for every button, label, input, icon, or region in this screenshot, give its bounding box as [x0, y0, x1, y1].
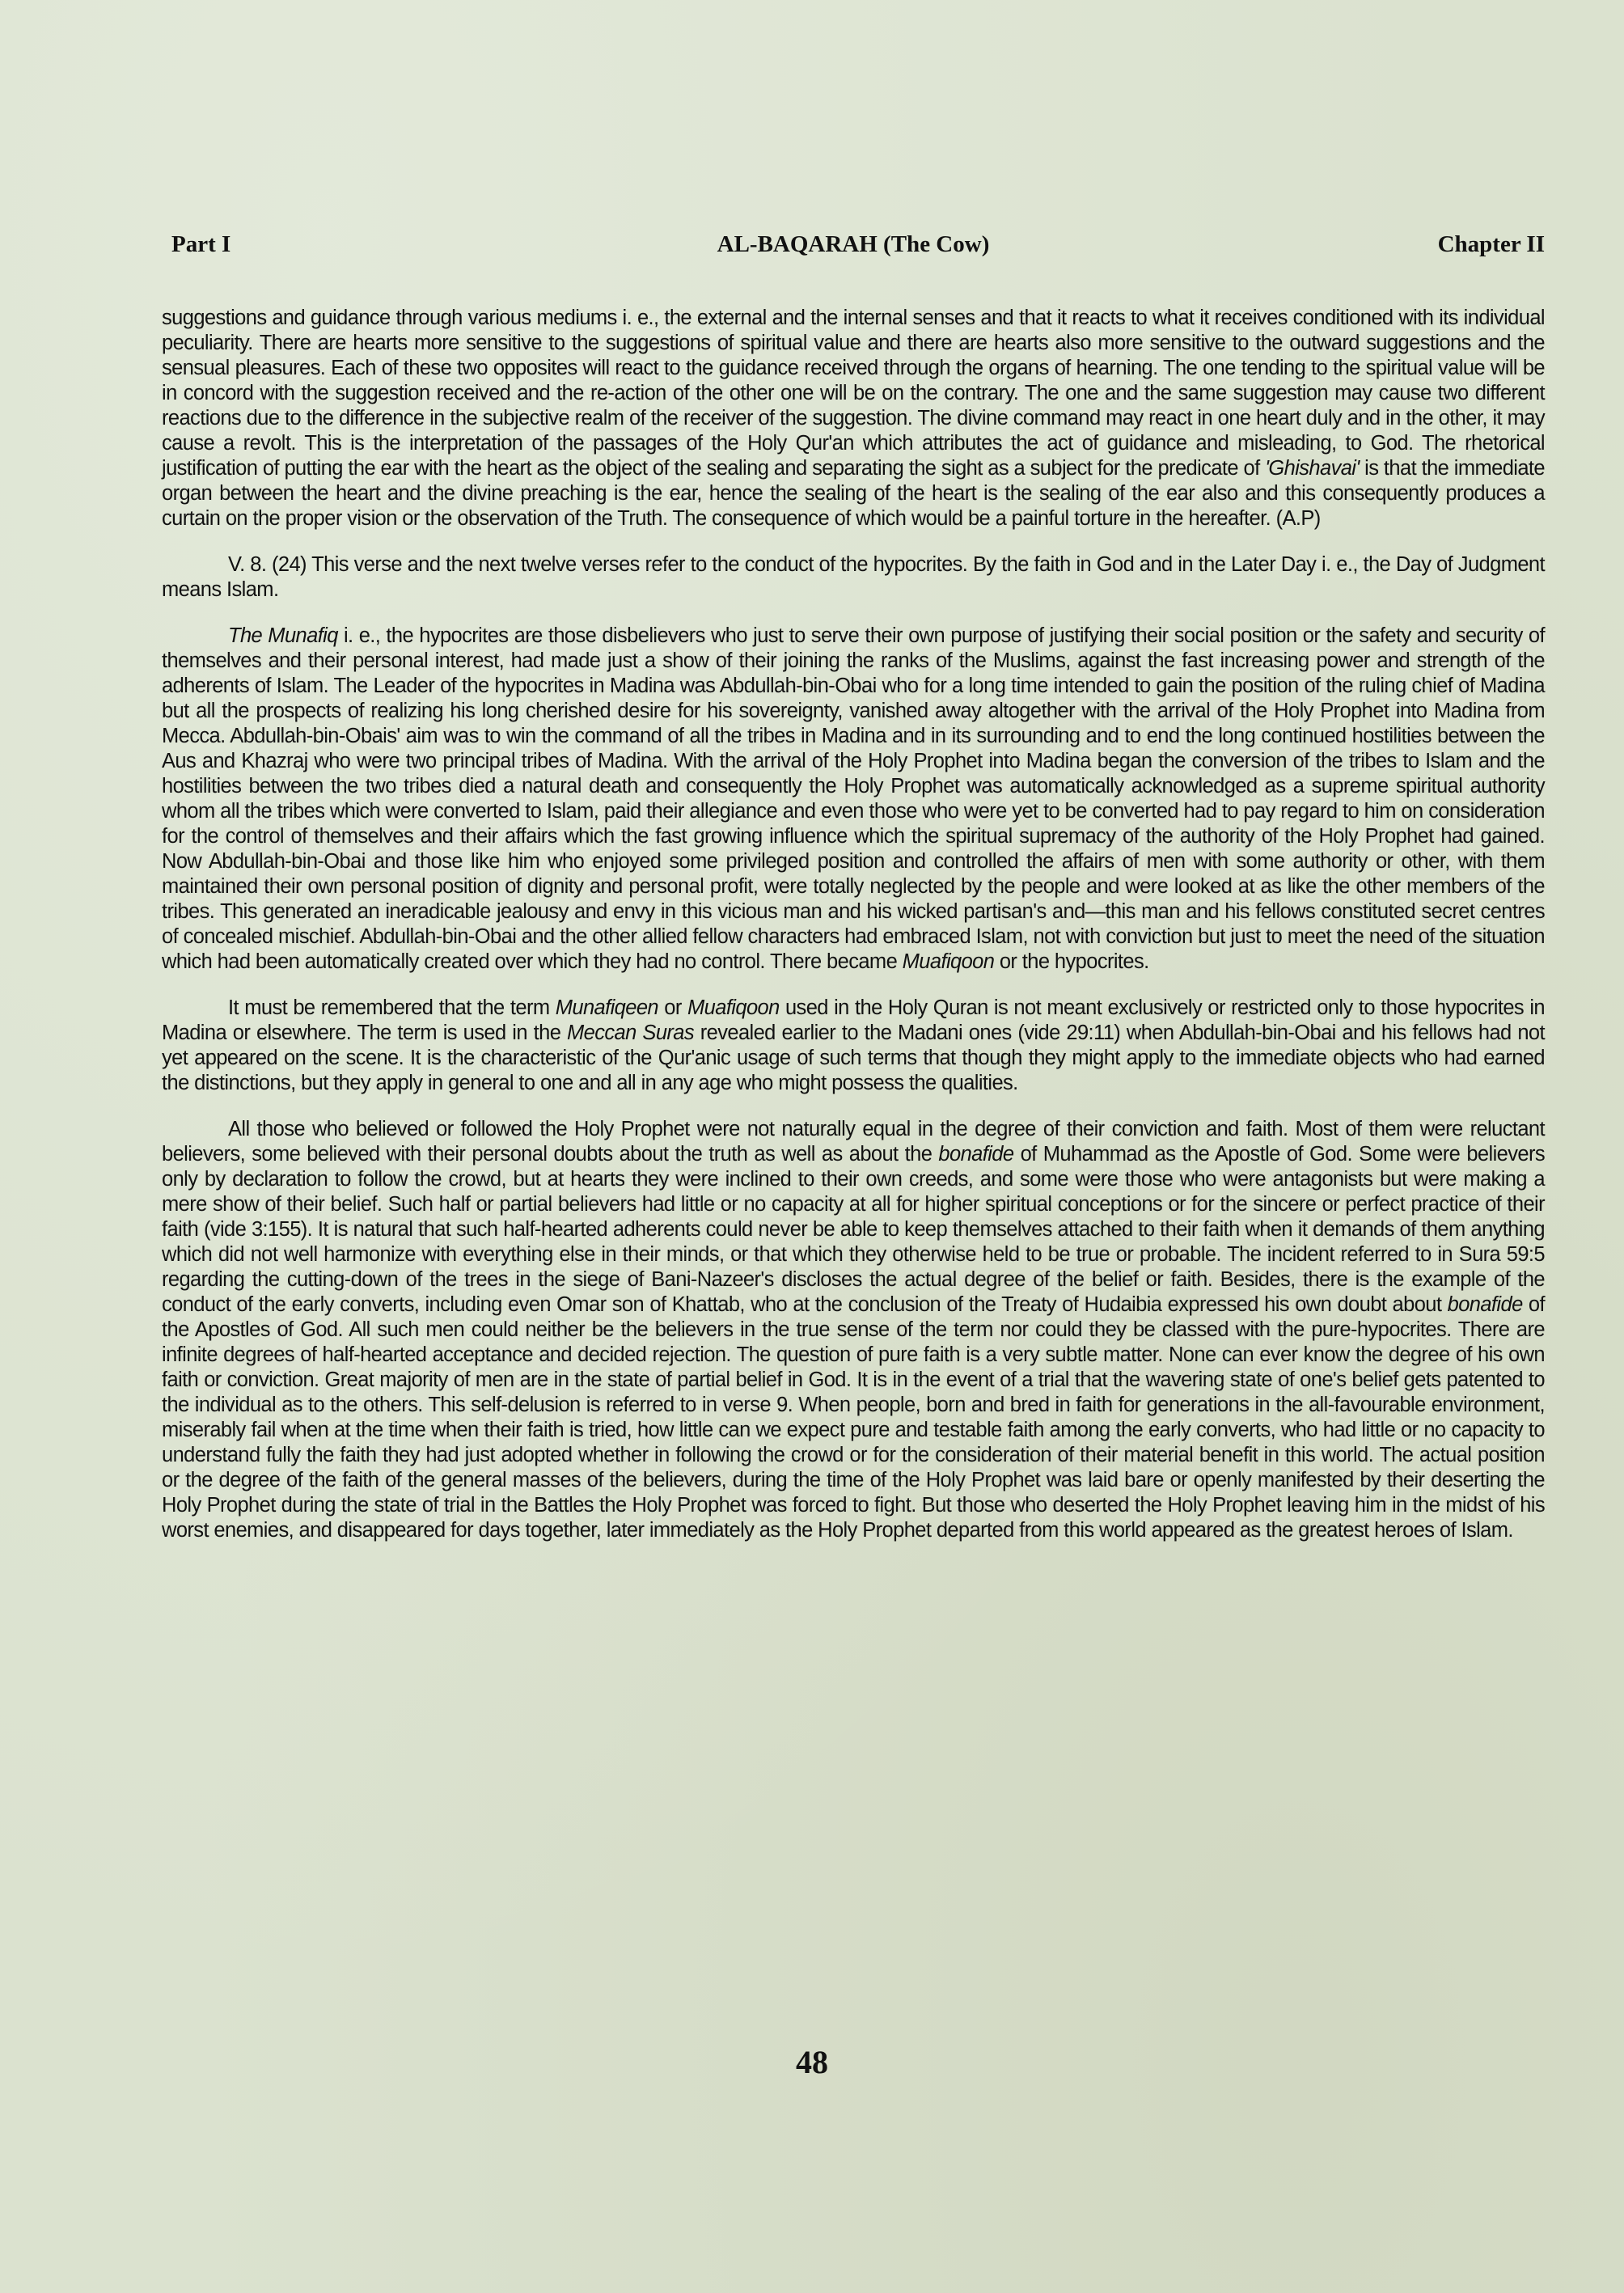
paragraph: It must be remembered that the term Muna…	[162, 996, 1545, 1096]
running-head: Part I AL-BAQARAH (The Cow) Chapter II	[162, 226, 1545, 267]
paragraph: V. 8. (24) This verse and the next twelv…	[162, 552, 1545, 603]
text-segment: i. e., the hypocrites are those disbelie…	[162, 624, 1545, 973]
italic-term: Muafiqoon	[903, 950, 995, 973]
body-text: suggestions and guidance through various…	[162, 306, 1545, 1564]
text-segment: or the hypocrites.	[994, 950, 1148, 973]
italic-term: bonafide	[938, 1143, 1013, 1166]
italic-term: Muafiqoon	[687, 996, 780, 1019]
paragraph: All those who believed or followed the H…	[162, 1117, 1545, 1543]
text-segment: It must be remembered that the term	[228, 996, 556, 1019]
italic-term: The Munafiq	[228, 624, 338, 647]
text-segment: of Muhammad as the Apostle of God. Some …	[162, 1143, 1545, 1316]
italic-term: 'Ghishavai'	[1265, 457, 1360, 480]
text-segment: of the Apostles of God. All such men cou…	[162, 1293, 1545, 1542]
text-segment: or	[658, 996, 687, 1019]
chapter-number: Chapter II	[1438, 231, 1545, 258]
italic-term: Munafiqeen	[556, 996, 658, 1019]
page-number: 48	[0, 2043, 1624, 2081]
paragraph: suggestions and guidance through various…	[162, 306, 1545, 531]
text-segment: suggestions and guidance through various…	[162, 307, 1545, 480]
text-segment: V. 8. (24) This verse and the next twelv…	[162, 553, 1545, 601]
chapter-title: AL-BAQARAH (The Cow)	[162, 231, 1545, 258]
italic-term: Meccan Suras	[567, 1022, 694, 1044]
paragraph: The Munafiq i. e., the hypocrites are th…	[162, 624, 1545, 975]
book-page: Part I AL-BAQARAH (The Cow) Chapter II s…	[162, 226, 1545, 267]
italic-term: bonafide	[1448, 1293, 1523, 1316]
